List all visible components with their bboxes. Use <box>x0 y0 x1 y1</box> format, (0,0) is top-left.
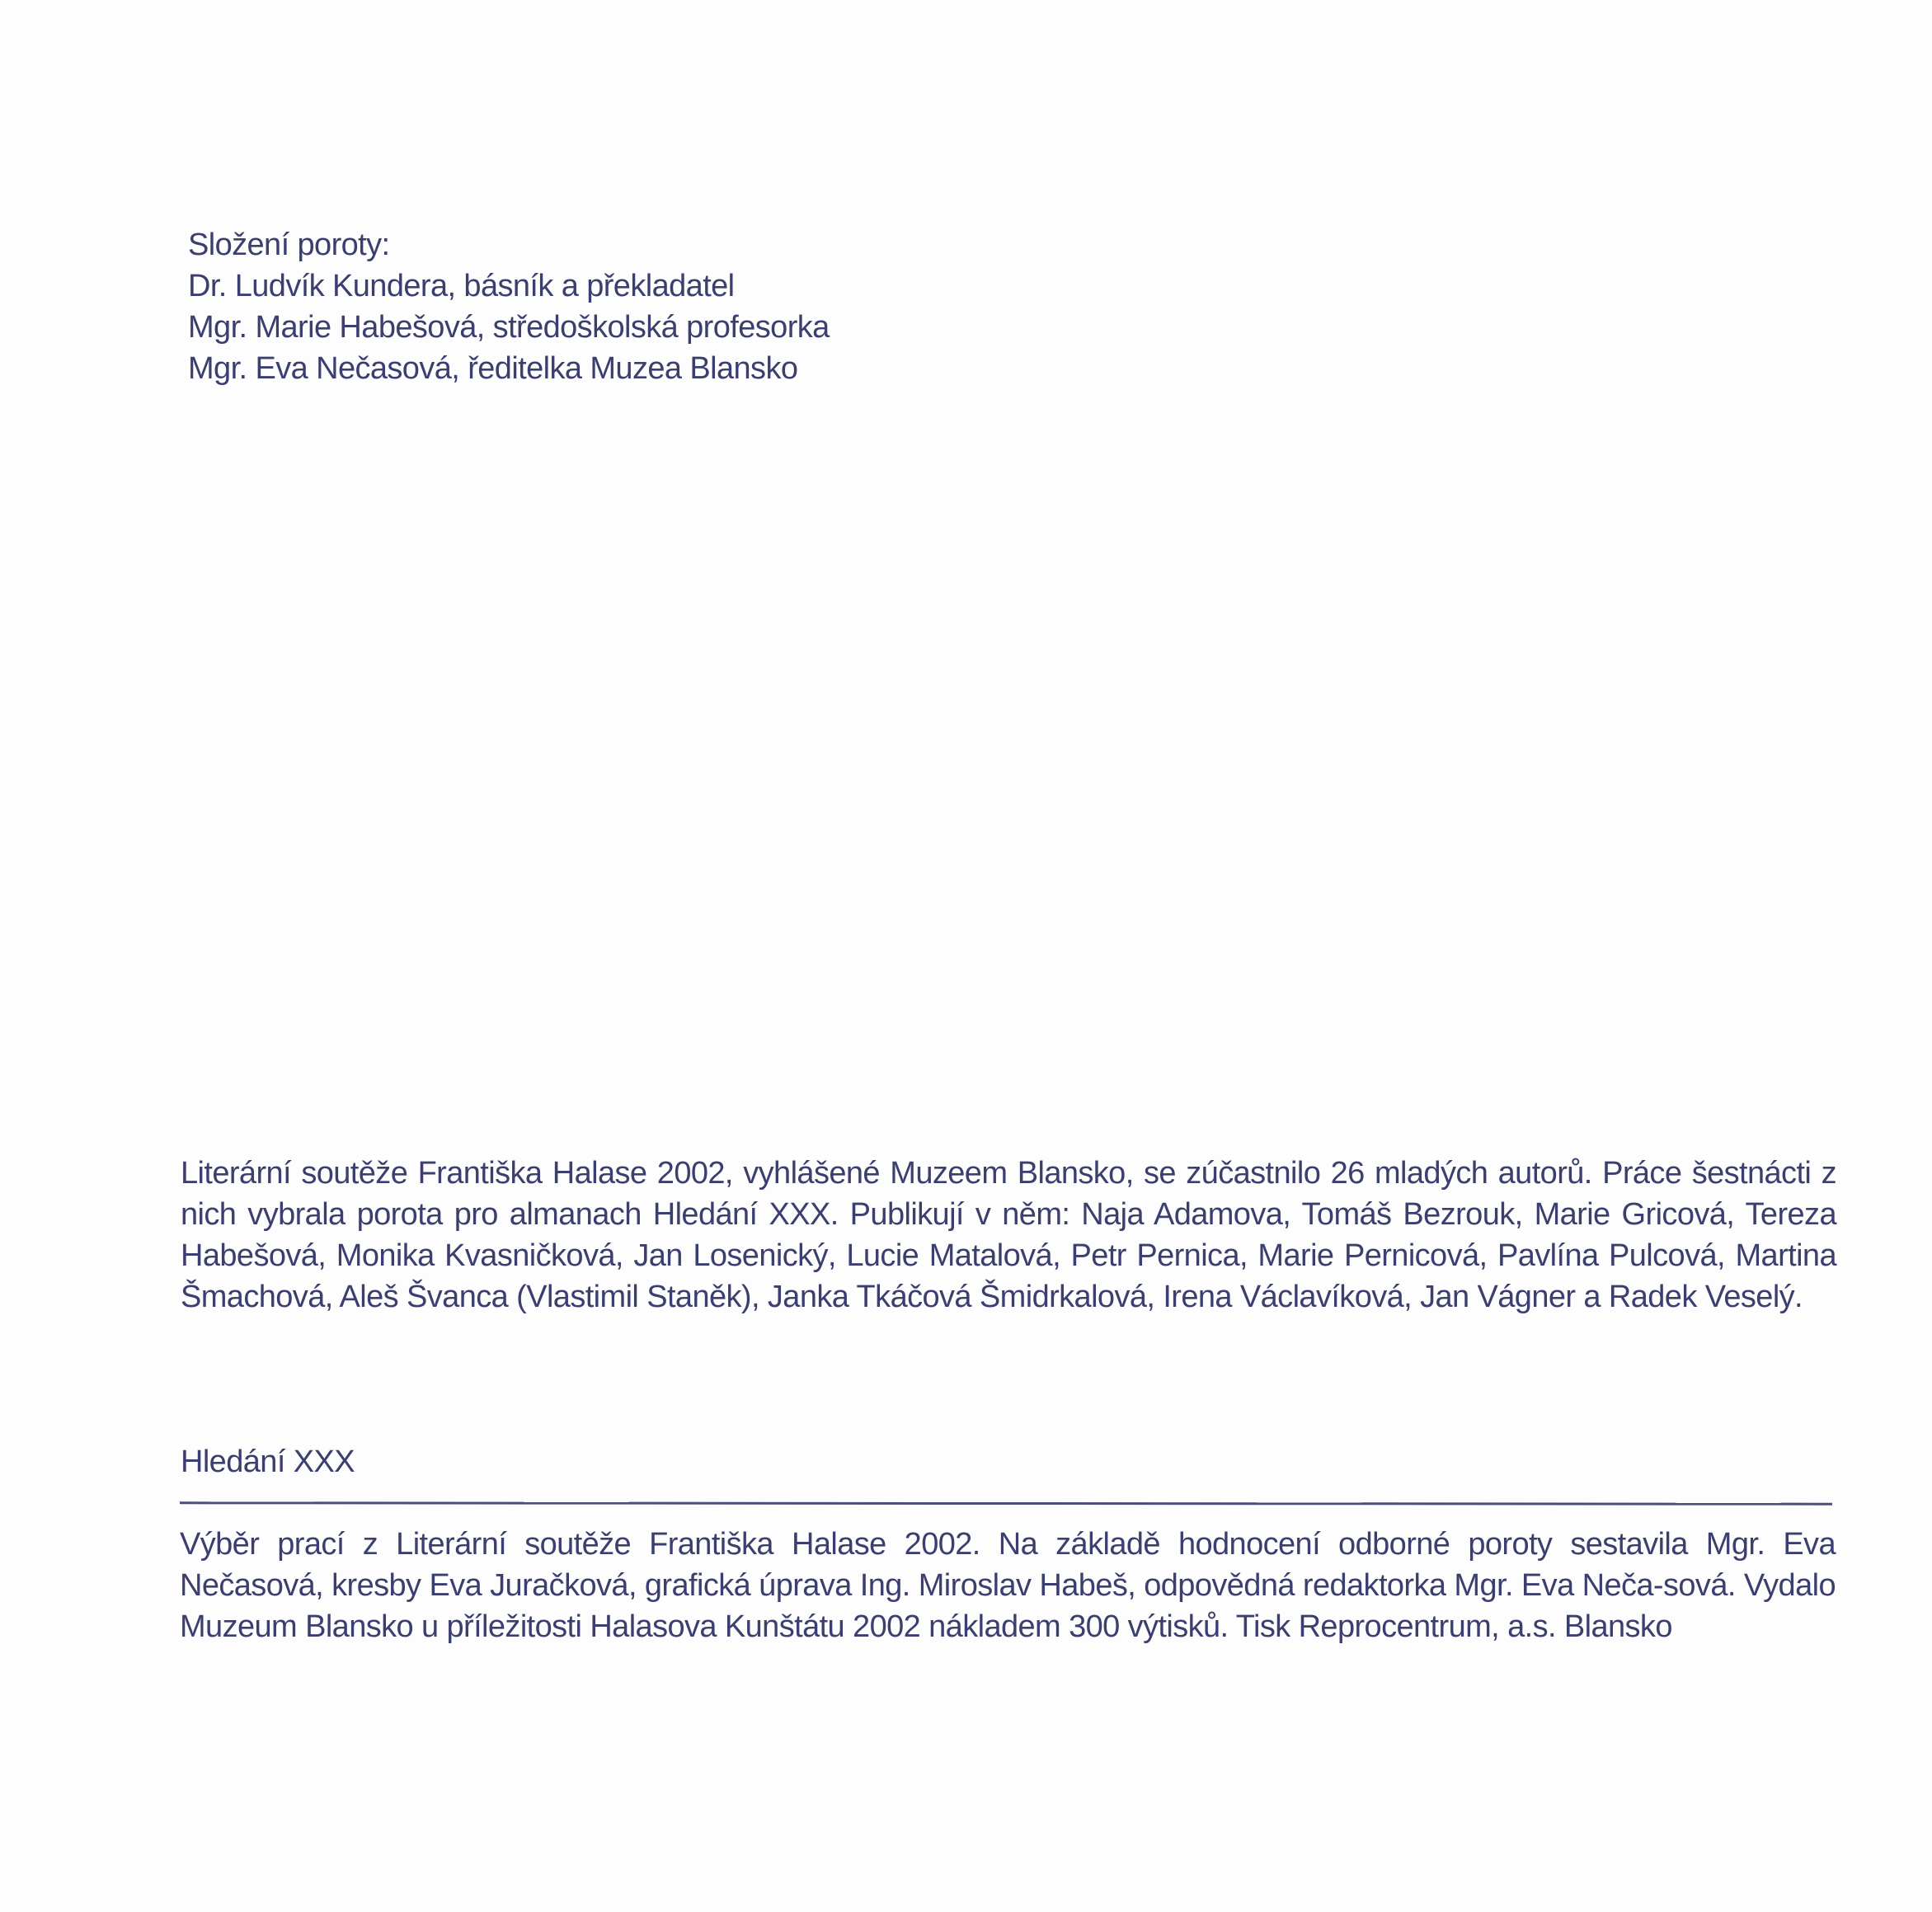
jury-member: Dr. Ludvík Kundera, básník a překladatel <box>188 265 830 307</box>
jury-member: Mgr. Marie Habešová, středoškolská profe… <box>188 307 830 348</box>
divider-rule <box>180 1501 1832 1505</box>
intro-paragraph: Literární soutěže Františka Halase 2002,… <box>181 1153 1836 1318</box>
jury-section: Složení poroty: Dr. Ludvík Kundera, básn… <box>188 224 830 389</box>
jury-member: Mgr. Eva Nečasová, ředitelka Muzea Blans… <box>188 348 830 389</box>
book-title: Hledání XXX <box>181 1441 355 1482</box>
jury-heading: Složení poroty: <box>188 224 830 265</box>
imprint-paragraph: Výběr prací z Literární soutěže Františk… <box>180 1524 1836 1647</box>
